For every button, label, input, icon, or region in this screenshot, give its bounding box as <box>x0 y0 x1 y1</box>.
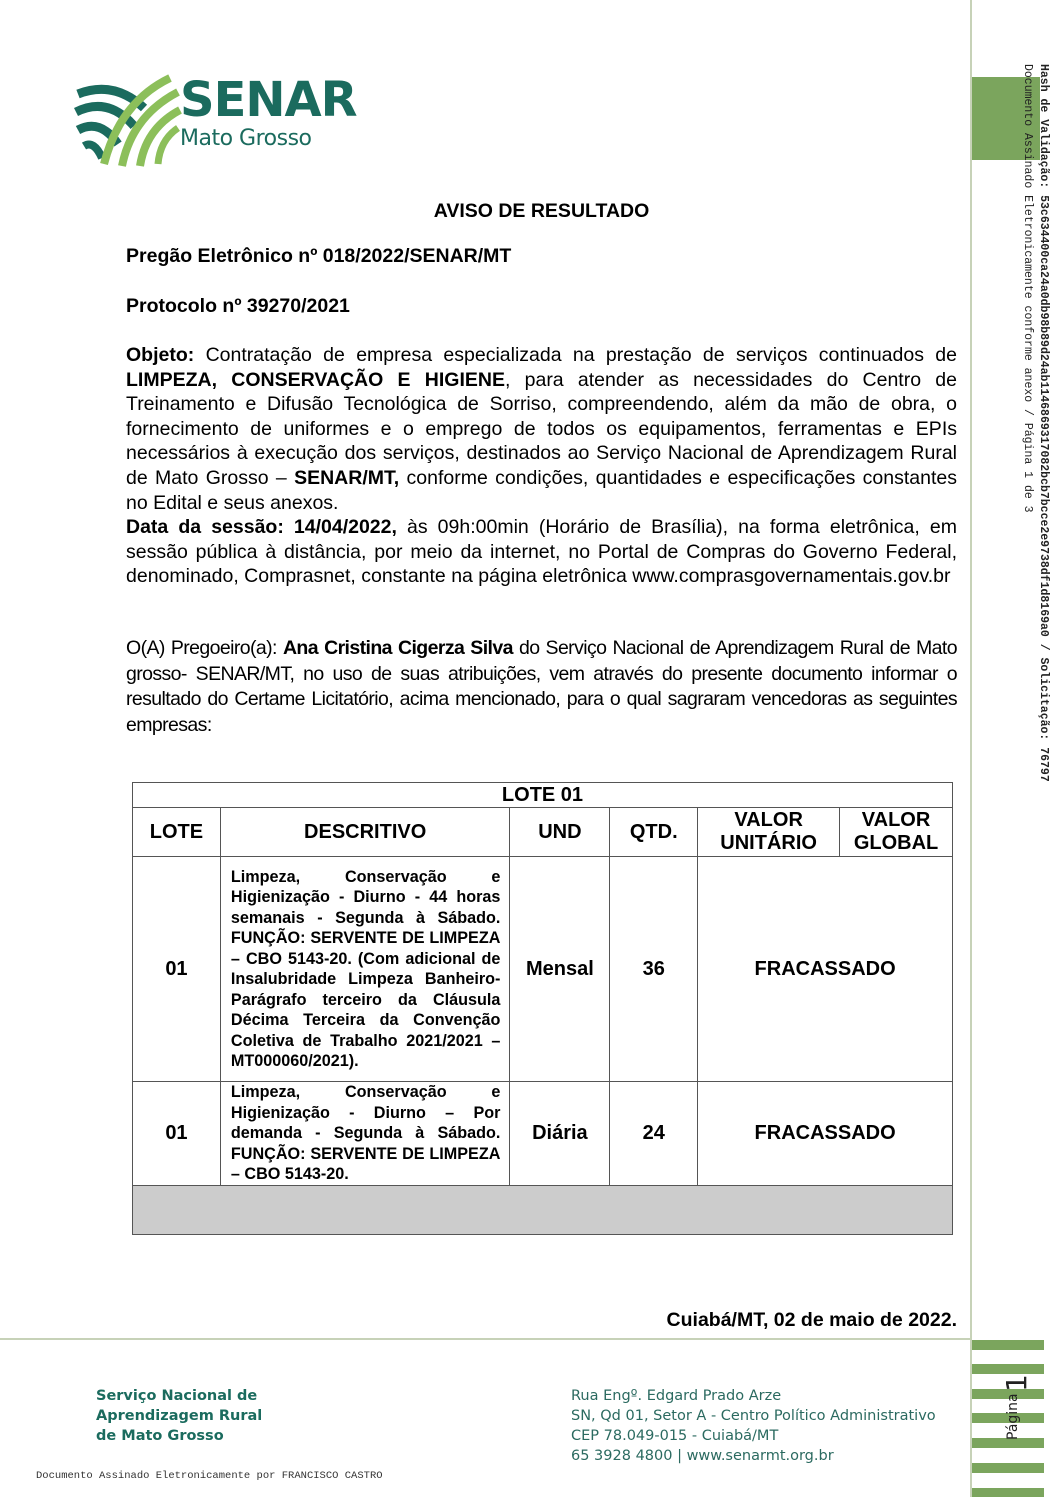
cell-und: Mensal <box>510 857 610 1082</box>
org-line: Serviço Nacional de <box>96 1386 262 1406</box>
pregoeiro-name: Ana Cristina Cigerza Silva <box>283 637 513 659</box>
document-title: AVISO DE RESULTADO <box>0 200 1058 223</box>
footer-organization: Serviço Nacional de Aprendizagem Rural d… <box>96 1386 262 1446</box>
table-row: 01 Limpeza, Conservação e Higienização -… <box>133 1082 953 1186</box>
objeto-label: Objeto: <box>126 344 194 366</box>
address-line: CEP 78.049-015 - Cuiabá/MT <box>571 1426 936 1446</box>
pregoeiro-prefix: O(A) Pregoeiro(a): <box>126 637 283 659</box>
result-table: LOTE 01 LOTE DESCRITIVO UND QTD. VALOR U… <box>132 782 953 1235</box>
margin-rule <box>970 0 972 1497</box>
objeto-service: LIMPEZA, CONSERVAÇÃO E HIGIENE <box>126 369 505 391</box>
lot-group-header: LOTE 01 <box>133 783 953 808</box>
session-date-label: Data da sessão: 14/04/2022, <box>126 516 397 538</box>
cell-lote: 01 <box>133 1082 221 1186</box>
footer-stripe <box>972 1463 1044 1473</box>
pregoeiro-paragraph: O(A) Pregoeiro(a): Ana Cristina Cigerza … <box>126 636 957 738</box>
org-line: Aprendizagem Rural <box>96 1406 262 1426</box>
cell-qtd: 36 <box>610 857 698 1082</box>
address-line: SN, Qd 01, Setor A - Centro Político Adm… <box>571 1406 936 1426</box>
objeto-paragraph: Objeto: Contratação de empresa especiali… <box>126 343 957 589</box>
logo-wordmark: SENAR <box>180 76 357 124</box>
logo-subtitle: Mato Grosso <box>180 128 312 150</box>
col-header-qtd: QTD. <box>610 808 698 857</box>
cell-descritivo: Limpeza, Conservação e Higienização - Di… <box>220 1082 510 1186</box>
cell-result-status: FRACASSADO <box>698 857 953 1082</box>
col-header-und: UND <box>510 808 610 857</box>
col-header-valor-global: VALOR GLOBAL <box>840 808 953 857</box>
page-label: Página <box>1005 1393 1021 1440</box>
footer-stripe <box>972 1340 1044 1350</box>
cell-lote: 01 <box>133 857 221 1082</box>
empty-gray-cell <box>133 1185 953 1234</box>
org-line: de Mato Grosso <box>96 1426 262 1446</box>
footer-stripe <box>972 1364 1044 1374</box>
footer-rule <box>0 1338 970 1340</box>
cell-result-status: FRACASSADO <box>698 1082 953 1186</box>
footer-address: Rua Engº. Edgard Prado Arze SN, Qd 01, S… <box>571 1386 936 1466</box>
cell-und: Diária <box>510 1082 610 1186</box>
signed-by-notice: Documento Assinado Eletronicamente por F… <box>36 1470 383 1482</box>
table-row: 01 Limpeza, Conservação e Higienização -… <box>133 857 953 1082</box>
validation-hash: Hash de Validação: 53c634400ca24a0db98b8… <box>1037 64 1050 782</box>
col-header-lote: LOTE <box>133 808 221 857</box>
document-date: Cuiabá/MT, 02 de maio de 2022. <box>600 1309 957 1332</box>
footer-stripe <box>972 1488 1044 1497</box>
cell-qtd: 24 <box>610 1082 698 1186</box>
protocol-number: Protocolo nº 39270/2021 <box>126 295 350 318</box>
address-line: Rua Engº. Edgard Prado Arze <box>571 1386 936 1406</box>
objeto-entity: SENAR/MT, <box>294 467 399 489</box>
col-header-valor-unitario: VALOR UNITÁRIO <box>698 808 840 857</box>
page-number: 1 <box>1000 1374 1033 1392</box>
table-row-empty <box>133 1185 953 1234</box>
objeto-text: Contratação de empresa especializada na … <box>194 344 957 366</box>
cell-descritivo: Limpeza, Conservação e Higienização - Di… <box>220 857 510 1082</box>
contact-line: 65 3928 4800 | www.senarmt.org.br <box>571 1446 936 1466</box>
pregao-number: Pregão Eletrônico nº 018/2022/SENAR/MT <box>126 245 511 268</box>
signature-notice: Documento Assinado Eletronicamente confo… <box>1021 64 1034 513</box>
senar-leaf-icon <box>74 72 184 168</box>
col-header-descritivo: DESCRITIVO <box>220 808 510 857</box>
